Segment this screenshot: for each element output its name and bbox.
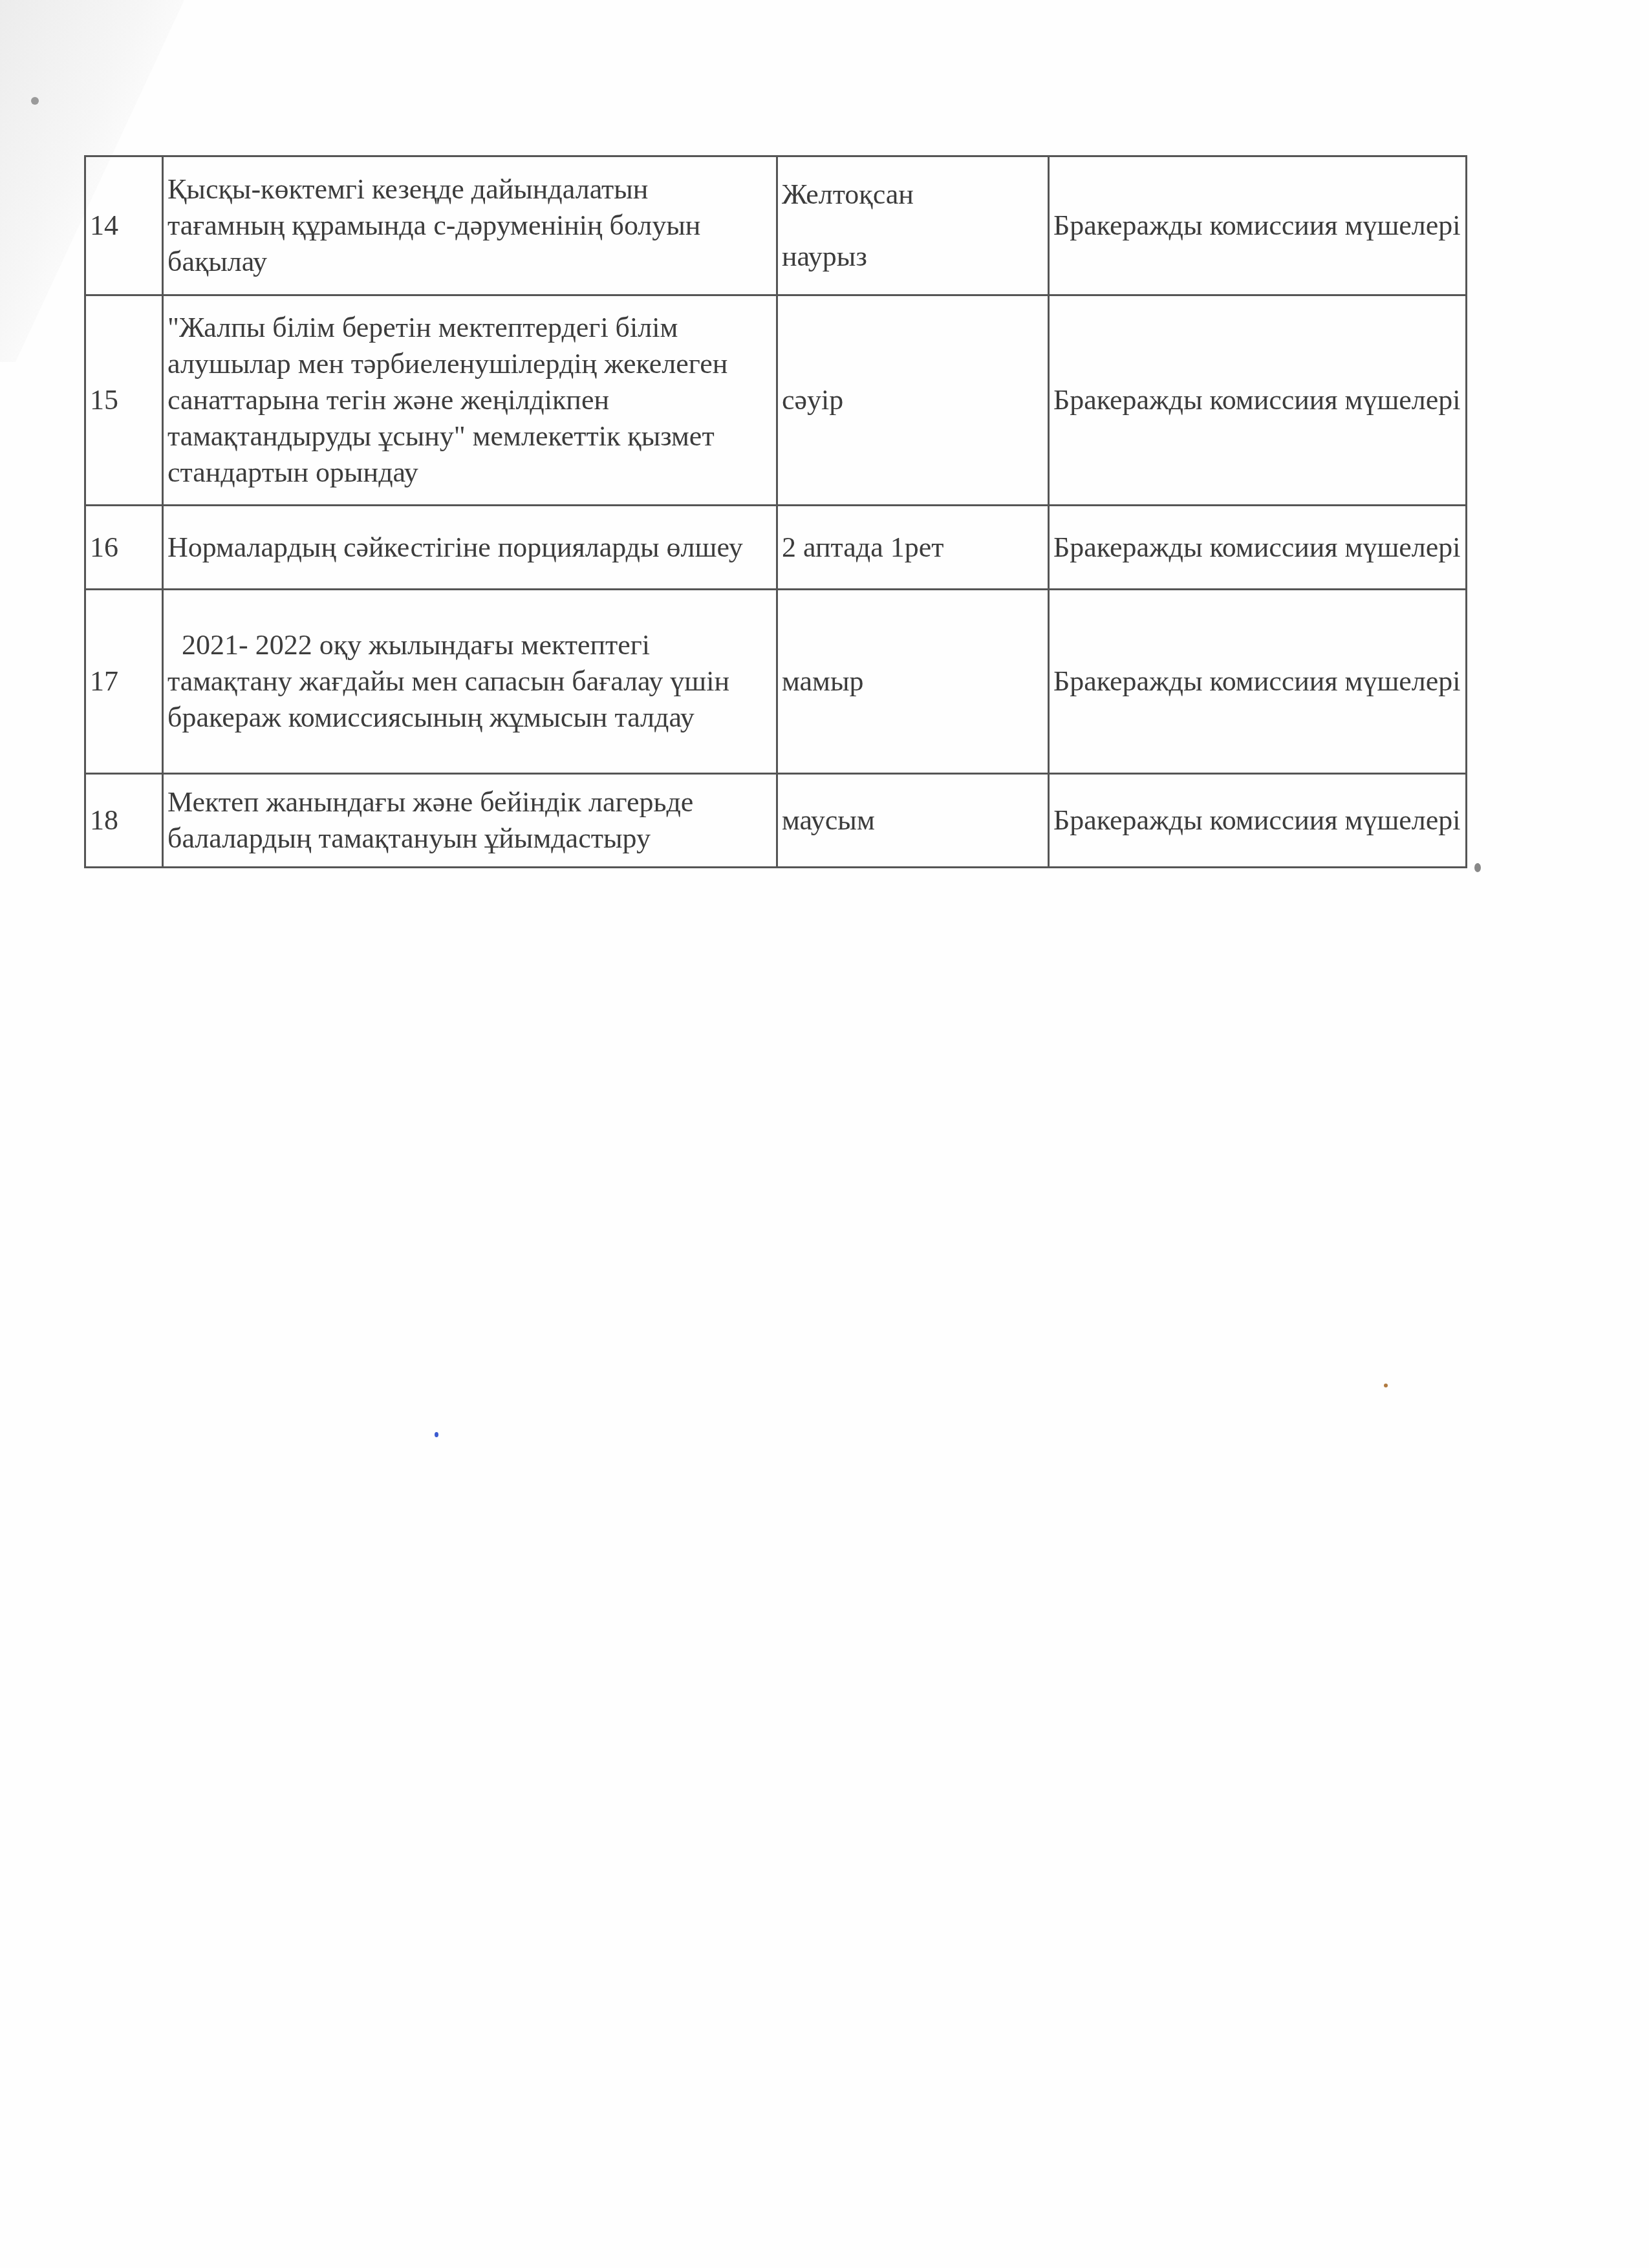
table-row: 18 Мектеп жанындағы және бейіндік лагерь…	[85, 774, 1467, 868]
row-number: 15	[85, 295, 163, 506]
scan-speck	[1474, 863, 1481, 872]
timing-line: Желтоқсан	[782, 177, 1044, 213]
row-number: 14	[85, 156, 163, 295]
responsible-party: Бракеражды комиссиия мүшелері	[1049, 506, 1467, 590]
event-description: Қысқы-көктемгі кезеңде дайындалатын таға…	[163, 156, 777, 295]
responsible-party: Бракеражды комиссиия мүшелері	[1049, 156, 1467, 295]
responsible-party: Бракеражды комиссиия мүшелері	[1049, 590, 1467, 774]
responsible-party: Бракеражды комиссиия мүшелері	[1049, 295, 1467, 506]
row-number: 17	[85, 590, 163, 774]
table-row: 14 Қысқы-көктемгі кезеңде дайындалатын т…	[85, 156, 1467, 295]
timing-line: наурыз	[782, 241, 867, 272]
table-row: 15 "Жалпы білім беретін мектептердегі бі…	[85, 295, 1467, 506]
table-row: 17 2021- 2022 оқу жылындағы мектептегі т…	[85, 590, 1467, 774]
event-description: Нормалардың сәйкестігіне порцияларды өлш…	[163, 506, 777, 590]
event-timing: 2 аптада 1рет	[777, 506, 1049, 590]
event-description: 2021- 2022 оқу жылындағы мектептегі тама…	[163, 590, 777, 774]
table-row: 16 Нормалардың сәйкестігіне порцияларды …	[85, 506, 1467, 590]
event-timing: мамыр	[777, 590, 1049, 774]
row-number: 18	[85, 774, 163, 868]
scan-speck	[1384, 1384, 1388, 1387]
scan-speck	[31, 97, 39, 105]
row-number: 16	[85, 506, 163, 590]
nutrition-control-plan-table: 14 Қысқы-көктемгі кезеңде дайындалатын т…	[84, 155, 1467, 868]
event-timing: Желтоқсан наурыз	[777, 156, 1049, 295]
scan-speck	[435, 1432, 438, 1437]
event-timing: маусым	[777, 774, 1049, 868]
responsible-party: Бракеражды комиссиия мүшелері	[1049, 774, 1467, 868]
event-description: Мектеп жанындағы және бейіндік лагерьде …	[163, 774, 777, 868]
event-description: "Жалпы білім беретін мектептердегі білім…	[163, 295, 777, 506]
event-timing: сәуір	[777, 295, 1049, 506]
